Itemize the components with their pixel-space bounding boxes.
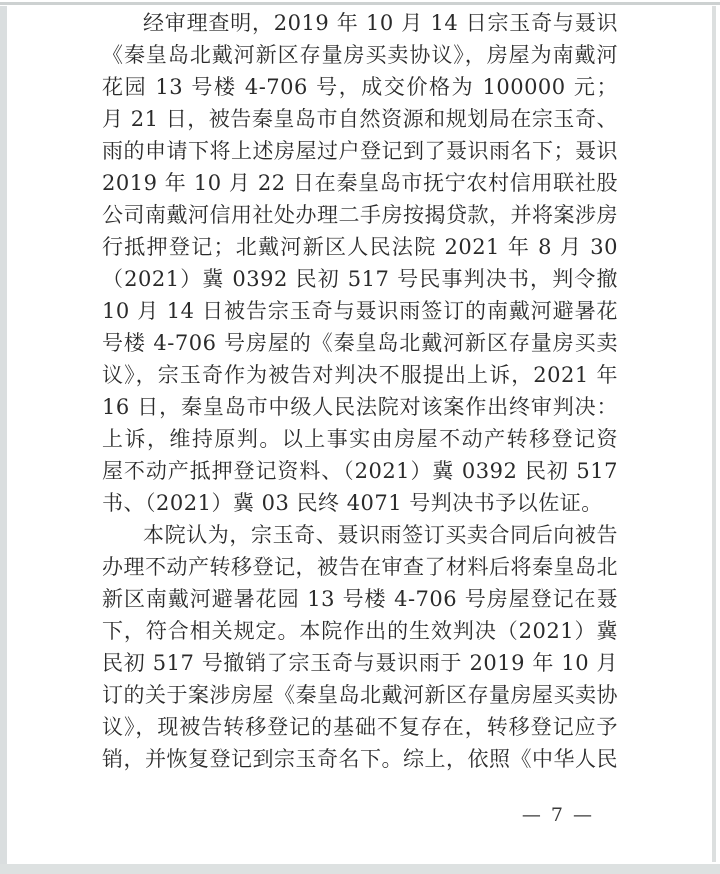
- text-line: 花园 13 号楼 4-706 号，成交价格为 100000 元；2019 年 1…: [102, 71, 618, 103]
- page-number: — 7 —: [0, 804, 594, 826]
- text-line: （2021）冀 0392 民初 517 号民事判决书，判令撤销 2019 年: [102, 263, 618, 295]
- scan-edge-top: [0, 2, 720, 5]
- text-line: 公司南戴河信用社处办理二手房按揭贷款，并将案涉房屋进: [102, 199, 618, 231]
- text-line: 上诉，维持原判。以上事实由房屋不动产转移登记资料、房: [102, 423, 618, 455]
- text-line: 雨的申请下将上述房屋过户登记到了聂识雨名下；聂识雨于: [102, 135, 618, 167]
- text-line: 议》，现被告转移登记的基础不复存在，转移登记应予撤: [102, 711, 618, 743]
- text-line: 月 21 日，被告秦皇岛市自然资源和规划局在宗玉奇、聂识: [102, 103, 618, 135]
- text-line: 新区南戴河避暑花园 13 号楼 4-706 号房屋登记在聂识雨名: [102, 583, 618, 615]
- scan-edge-left: [0, 6, 7, 874]
- text-line: 订的关于案涉房屋《秦皇岛北戴河新区存量房屋买卖协: [102, 679, 618, 711]
- text-line: 号楼 4-706 号房屋的《秦皇岛北戴河新区存量房买卖协: [102, 327, 618, 359]
- text-line: 本院认为，宗玉奇、聂识雨签订买卖合同后向被告申请: [102, 519, 618, 551]
- text-line: 书、（2021）冀 03 民终 4071 号判决书予以佐证。: [102, 487, 618, 519]
- text-line: 经审理查明，2019 年 10 月 14 日宗玉奇与聂识雨签订: [102, 7, 618, 39]
- text-line: 议》，宗玉奇作为被告对判决不服提出上诉，2021 年 12 月: [102, 359, 618, 391]
- document-page: 经审理查明，2019 年 10 月 14 日宗玉奇与聂识雨签订 《秦皇岛北戴河新…: [0, 0, 720, 874]
- text-line: 屋不动产抵押登记资料、（2021）冀 0392 民初 517 号判决: [102, 455, 618, 487]
- text-line: 10 月 14 日被告宗玉奇与聂识雨签订的南戴河避暑花园 13: [102, 295, 618, 327]
- text-line: 下，符合相关规定。本院作出的生效判决（2021）冀 0392: [102, 615, 618, 647]
- text-line: 16 日，秦皇岛市中级人民法院对该案作出终审判决：驳回: [102, 391, 618, 423]
- judgment-text-block: 经审理查明，2019 年 10 月 14 日宗玉奇与聂识雨签订 《秦皇岛北戴河新…: [102, 7, 618, 775]
- text-line: 行抵押登记；北戴河新区人民法院 2021 年 8 月 30 日作出: [102, 231, 618, 263]
- text-line: 民初 517 号撤销了宗玉奇与聂识雨于 2019 年 10 月 14 日签: [102, 647, 618, 679]
- text-line: 办理不动产转移登记，被告在审查了材料后将秦皇岛北戴河: [102, 551, 618, 583]
- text-line: 销，并恢复登记到宗玉奇名下。综上，依照《中华人民共和: [102, 743, 618, 775]
- scan-edge-right: [712, 6, 716, 862]
- text-line: 2019 年 10 月 22 日在秦皇岛市抚宁农村信用联社股份有限: [102, 167, 618, 199]
- text-line: 《秦皇岛北戴河新区存量房买卖协议》，房屋为南戴河避暑: [102, 39, 618, 71]
- scan-edge-bottom: [0, 864, 720, 874]
